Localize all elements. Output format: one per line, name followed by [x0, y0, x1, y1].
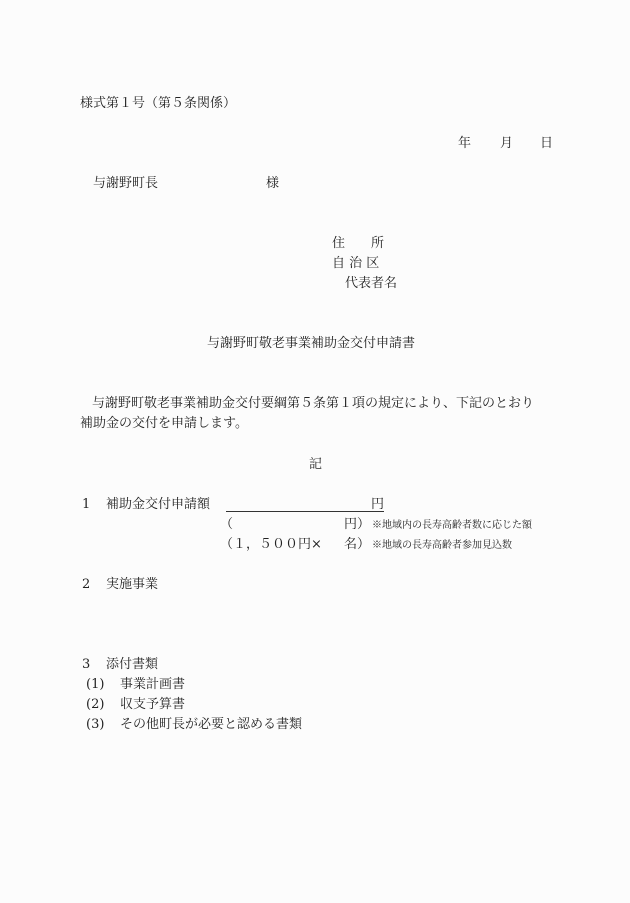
ki-heading: 記 — [309, 457, 322, 473]
date-year-label: 年 — [458, 136, 471, 152]
section1-number: 1 — [82, 497, 90, 513]
section1-unit: 円 — [371, 497, 384, 513]
attachment-item-label: 収支予算書 — [120, 697, 185, 713]
attachment-item-num: (1) — [86, 677, 104, 693]
attachment-item-label: 事業計画書 — [120, 677, 185, 693]
sub1-note: ※地域内の長寿高齢者数に応じた額 — [372, 518, 532, 534]
sub2-note: ※地域の長寿高齢者参加見込数 — [372, 538, 512, 554]
section3-number: 3 — [82, 657, 90, 673]
attachment-item-label: その他町長が必要と認める書類 — [120, 717, 302, 733]
section1-label: 補助金交付申請額 — [106, 497, 210, 513]
sub1-close: 円） — [344, 517, 370, 533]
attachment-item-num: (3) — [86, 717, 104, 733]
section3-label: 添付書類 — [106, 657, 158, 673]
date-day-label: 日 — [540, 136, 553, 152]
applicant-district-label: 自 治 区 — [332, 256, 379, 272]
addressee-name: 与謝野町長 — [93, 176, 158, 192]
section2-label: 実施事業 — [106, 577, 158, 593]
applicant-address-label: 住 所 — [332, 236, 384, 252]
sub2-close: 名） — [344, 537, 370, 553]
addressee-honorific: 様 — [266, 176, 279, 192]
form-number: 様式第１号（第５条関係） — [80, 96, 236, 112]
attachment-item-num: (2) — [86, 697, 104, 713]
body-text-line2: 補助金の交付を申請します。 — [80, 416, 248, 432]
section2-number: 2 — [82, 577, 90, 593]
applicant-representative-label: 代表者名 — [345, 276, 397, 292]
document-title: 与謝野町敬老事業補助金交付申請書 — [207, 336, 415, 352]
date-month-label: 月 — [500, 136, 513, 152]
sub1-open-paren: （ — [220, 517, 233, 533]
amount-blank-field[interactable] — [226, 495, 384, 512]
body-text-line1: 与謝野町敬老事業補助金交付要綱第５条第１項の規定により、下記のとおり — [92, 396, 534, 412]
sub2-open: （１，５００円× — [220, 537, 322, 553]
